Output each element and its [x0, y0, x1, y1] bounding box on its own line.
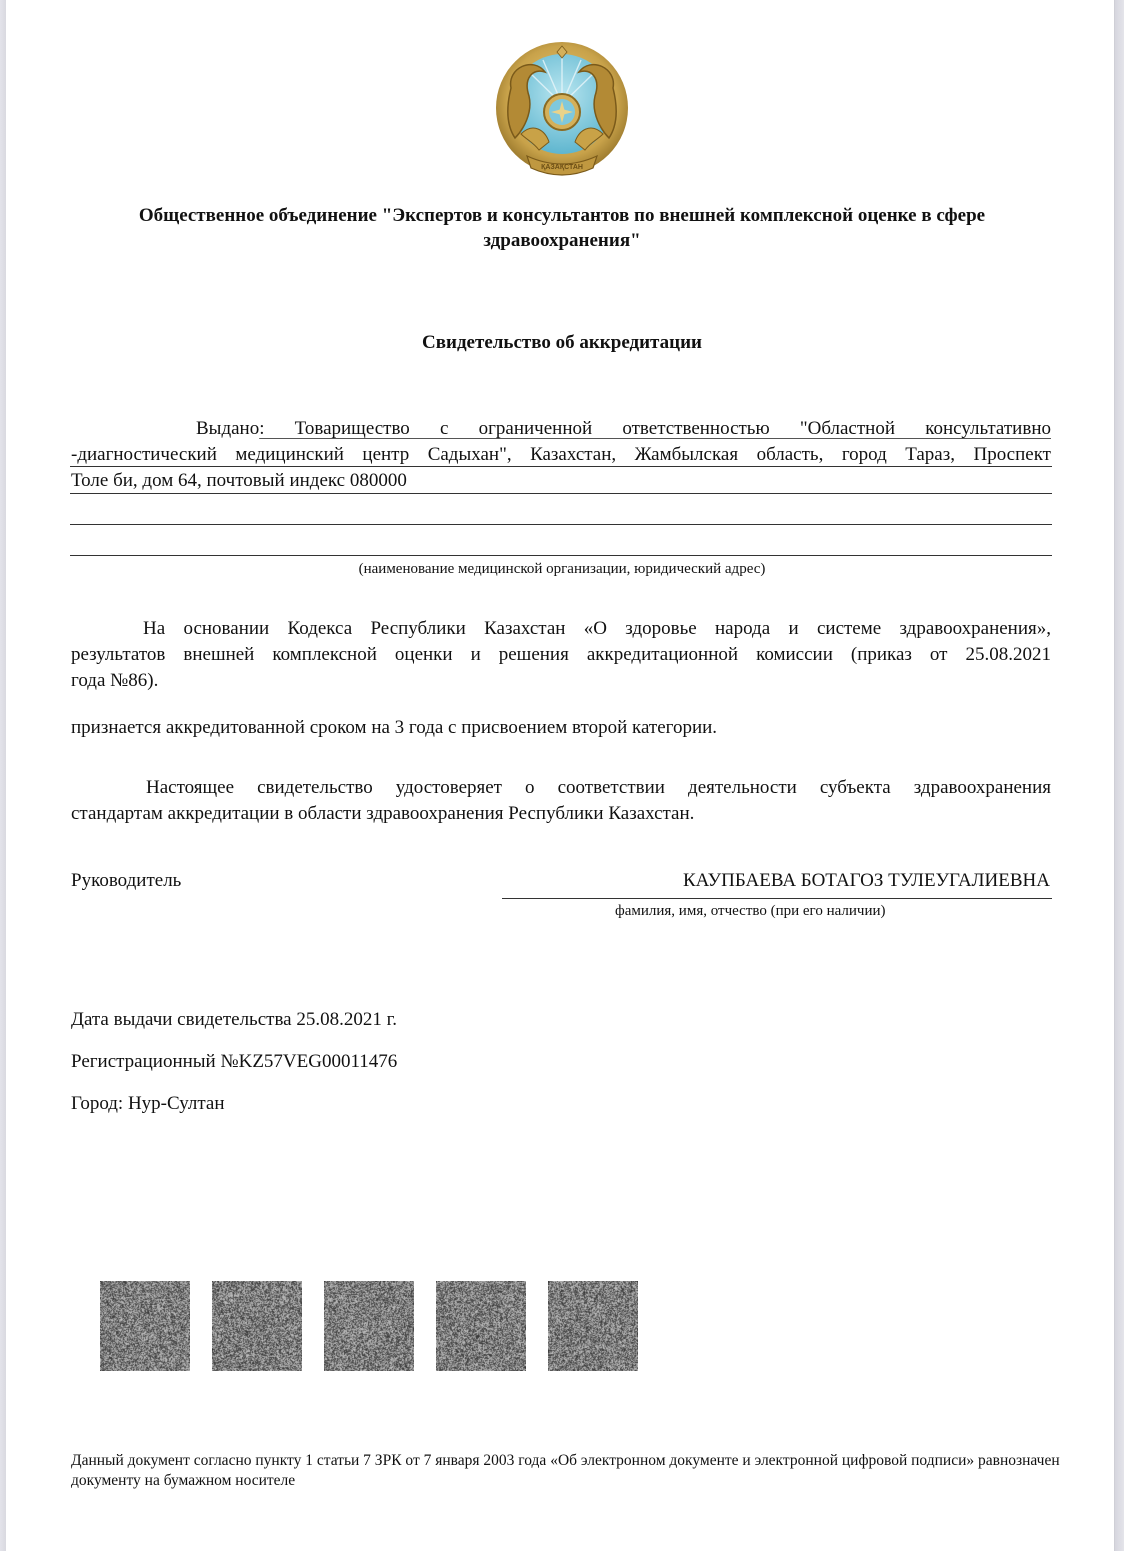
qr-code-1: [100, 1281, 190, 1371]
issued-to-line-1: : Товарищество с ограниченной ответствен…: [259, 418, 1051, 439]
underline-2: [70, 493, 1052, 494]
organization-caption: (наименование медицинской организации, ю…: [70, 561, 1054, 578]
state-emblem-icon: ҚАЗАҚСТАН: [493, 38, 631, 184]
issued-to-line-3: Толе би, дом 64, почтовый индекс 080000: [71, 470, 407, 491]
basis-line-1: На основании Кодекса Республики Казахста…: [71, 616, 1051, 642]
head-role-label: Руководитель: [71, 870, 181, 892]
certificate-title: Свидетельство об аккредитации: [70, 332, 1054, 354]
issue-date: Дата выдачи свидетельства 25.08.2021 г.: [71, 1009, 397, 1031]
qr-code-5: [548, 1281, 638, 1371]
qr-code-2: [212, 1281, 302, 1371]
svg-text:ҚАЗАҚСТАН: ҚАЗАҚСТАН: [541, 164, 583, 171]
legal-footer-note: Данный документ согласно пункту 1 статьи…: [71, 1451, 1061, 1491]
issued-to-line-2: -диагностический медицинский центр Садых…: [71, 442, 1051, 468]
issued-to-block: Выдано: Товарищество с ограниченной отве…: [71, 416, 1051, 494]
qr-code-3: [324, 1281, 414, 1371]
statement-paragraph: Настоящее свидетельство удостоверяет о с…: [71, 775, 1051, 827]
statement-line-2: стандартам аккредитации в области здраво…: [71, 803, 694, 824]
signature-line: [502, 898, 1052, 899]
underline-3: [70, 524, 1052, 525]
registration-number: Регистрационный №KZ57VEG00011476: [71, 1051, 397, 1073]
head-full-name: КАУПБАЕВА БОТАГОЗ ТУЛЕУГАЛИЕВНА: [502, 870, 1050, 892]
underline-4: [70, 555, 1052, 556]
underline-1: [70, 466, 1052, 467]
issue-city: Город: Нур-Султан: [71, 1093, 225, 1115]
qr-code-4: [436, 1281, 526, 1371]
statement-line-1: Настоящее свидетельство удостоверяет о с…: [71, 775, 1051, 801]
basis-line-2: результатов внешней комплексной оценки и…: [71, 642, 1051, 668]
viewer-scrollbar-edge[interactable]: [1114, 0, 1124, 1551]
recognition-paragraph: признается аккредитованной сроком на 3 г…: [71, 715, 1051, 741]
name-caption: фамилия, имя, отчество (при его наличии): [615, 903, 886, 920]
organization-title: Общественное объединение "Экспертов и ко…: [70, 203, 1054, 253]
basis-line-3: года №86).: [71, 670, 158, 691]
basis-paragraph: На основании Кодекса Республики Казахста…: [71, 616, 1051, 694]
issued-to-label: Выдано: [196, 418, 259, 439]
